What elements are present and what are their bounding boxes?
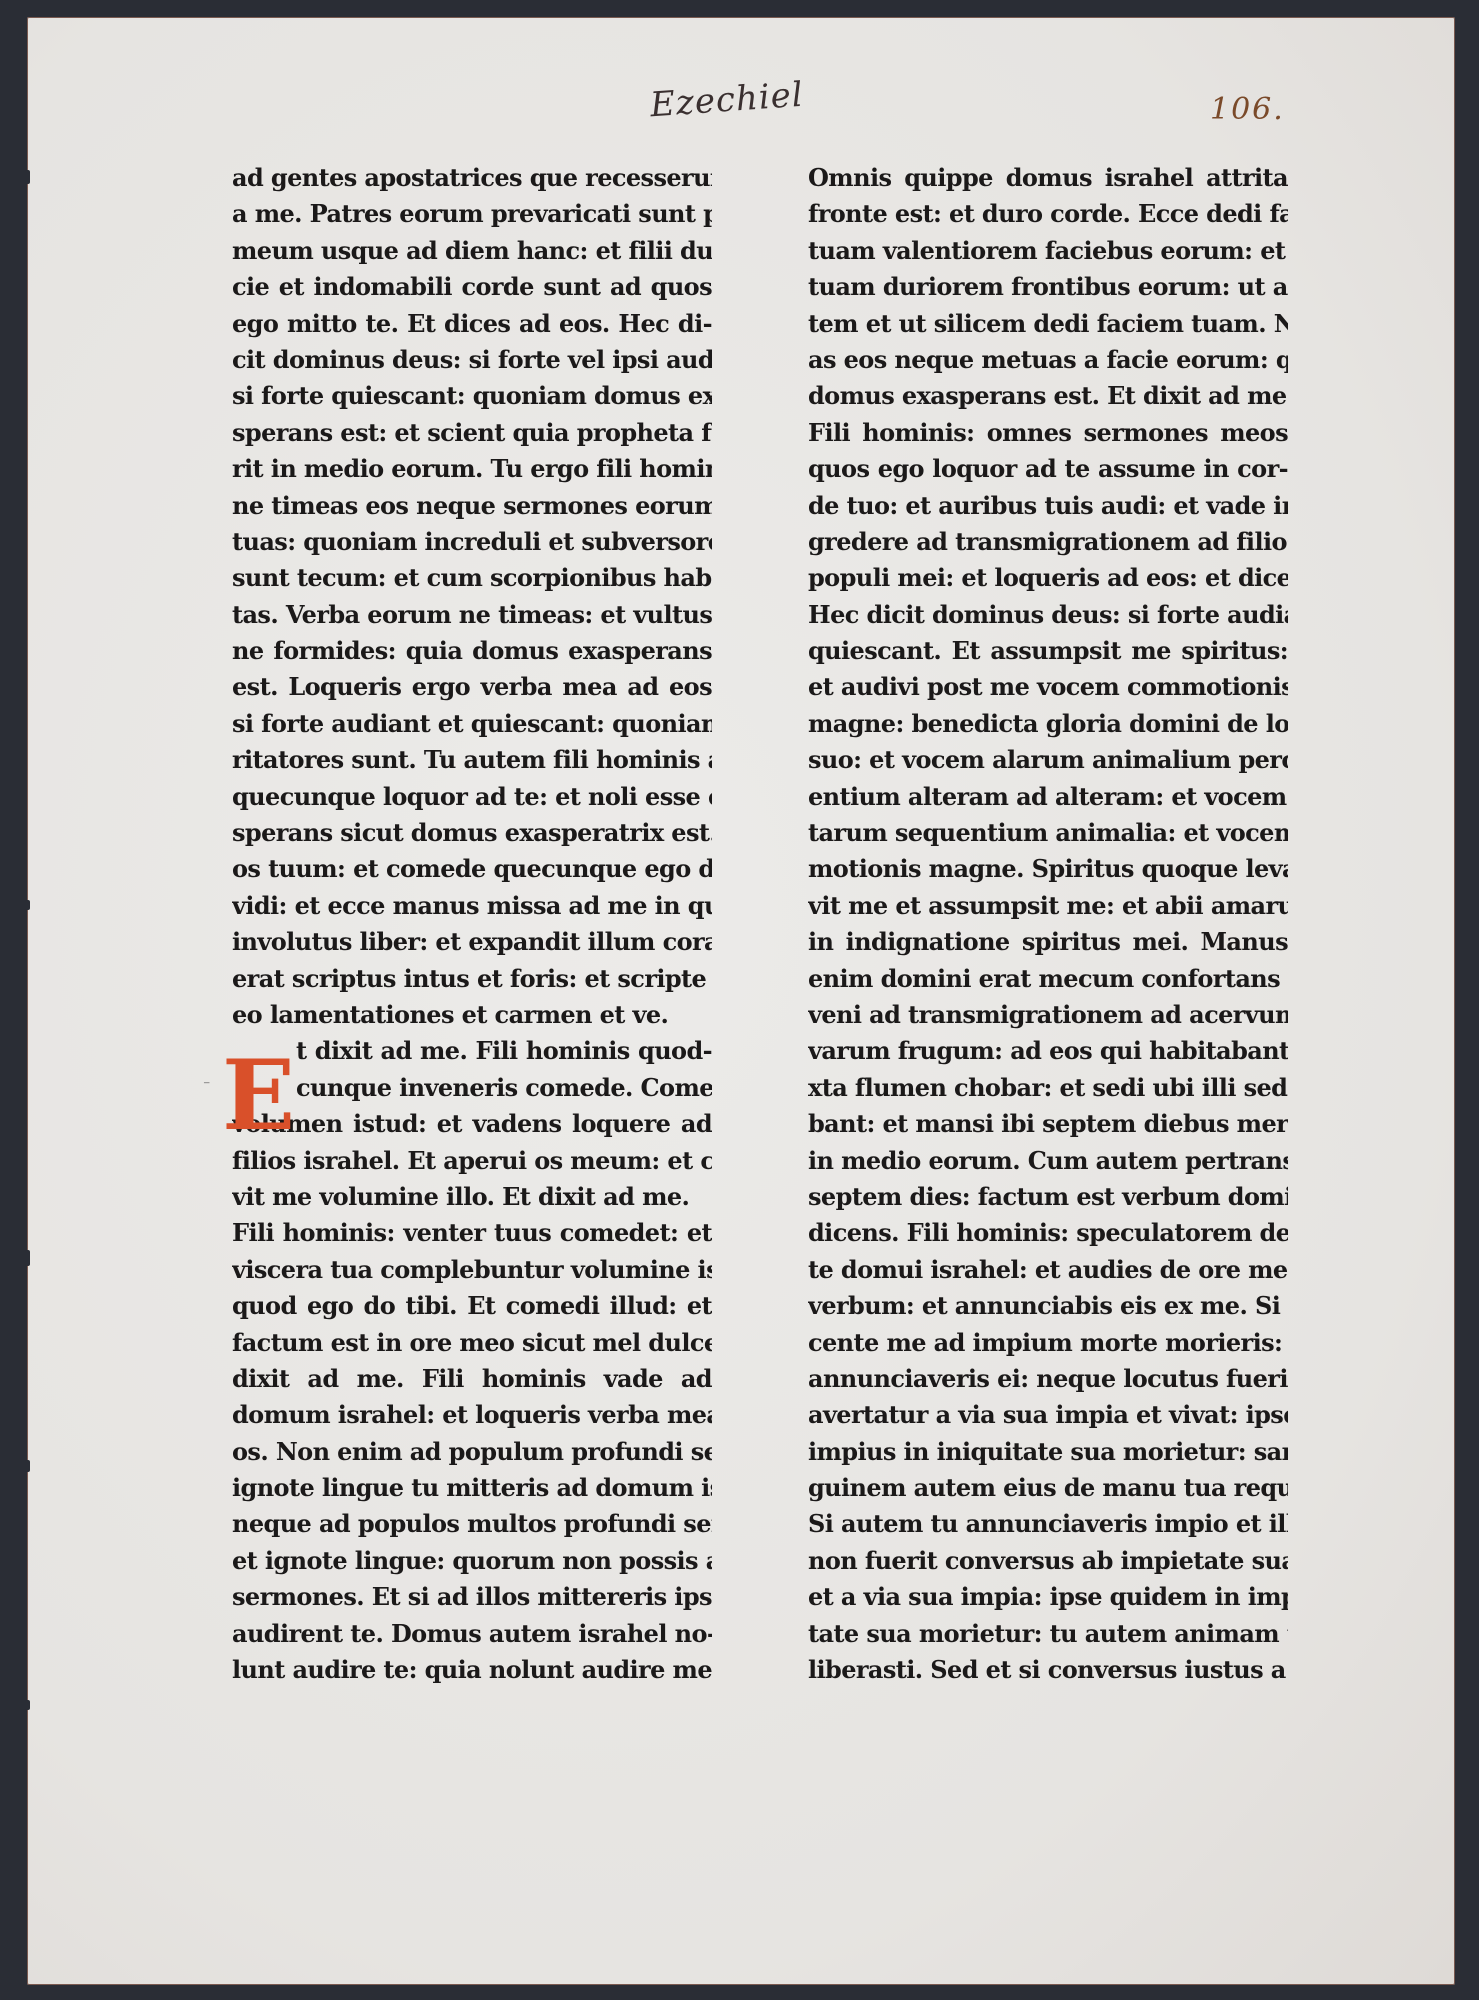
- text-line: in medio eorum. Cum autem pertransissent: [808, 1143, 1288, 1179]
- text-line: veni ad transmigrationem ad acervum no-: [808, 997, 1288, 1033]
- page-edge-damage: [25, 1250, 30, 1266]
- text-line: septem dies: factum est verbum domini ad…: [808, 1179, 1288, 1215]
- rubricated-initial: E: [222, 1048, 295, 1144]
- text-line: t dixit ad me. Fili hominis quod-: [232, 1033, 712, 1069]
- text-line: tarum sequentium animalia: et vocem com-: [808, 815, 1288, 851]
- text-line: ne timeas eos neque sermones eorum me-: [232, 488, 712, 524]
- text-line: domum israhel: et loqueris verba mea ad …: [232, 1397, 712, 1433]
- text-line: si forte audiant et quiescant: quoniam i…: [232, 706, 712, 742]
- text-line: quod ego do tibi. Et comedi illud: et: [232, 1288, 712, 1324]
- text-line: tas. Verba eorum ne timeas: et vultus eo…: [232, 597, 712, 633]
- text-line: sermones. Et si ad illos mittereris ipsi: [232, 1579, 712, 1615]
- text-line: xta flumen chobar: et sedi ubi illi sede…: [808, 1070, 1288, 1106]
- text-line: de tuo: et auribus tuis audi: et vade in…: [808, 488, 1288, 524]
- text-line: et ignote lingue: quorum non possis audi…: [232, 1543, 712, 1579]
- page-edge-damage: [25, 900, 30, 910]
- text-line: ego mitto te. Et dices ad eos. Hec di-: [232, 306, 712, 342]
- text-line: Si autem tu annunciaveris impio et ille: [808, 1506, 1288, 1542]
- text-line: quos ego loquor ad te assume in cor-: [808, 451, 1288, 487]
- text-line: quiescant. Et assumpsit me spiritus:: [808, 633, 1288, 669]
- text-line: te domui israhel: et audies de ore meo: [808, 1252, 1288, 1288]
- text-line: filios israhel. Et aperui os meum: et ci…: [232, 1143, 712, 1179]
- text-line: si forte quiescant: quoniam domus exa-: [232, 378, 712, 414]
- text-line: os tuum: et comede quecunque ego do tibi…: [232, 851, 712, 887]
- text-line: as eos neque metuas a facie eorum: quia: [808, 342, 1288, 378]
- marginal-mark: ⁻: [203, 1078, 210, 1094]
- text-line: verbum: et annunciabis eis ex me. Si di-: [808, 1288, 1288, 1324]
- text-line: Fili hominis: venter tuus comedet: et: [232, 1215, 712, 1251]
- text-line: entium alteram ad alteram: et vocem ro-: [808, 779, 1288, 815]
- text-line: vidi: et ecce manus missa ad me in qua e…: [232, 888, 712, 924]
- text-line: Hec dicit dominus deus: si forte audiant…: [808, 597, 1288, 633]
- text-line: avertatur a via sua impia et vivat: ipse: [808, 1397, 1288, 1433]
- text-line: erat scriptus intus et foris: et scripte…: [232, 961, 712, 997]
- text-line: involutus liber: et expandit illum coram…: [232, 924, 712, 960]
- text-line: gredere ad transmigrationem ad filios: [808, 524, 1288, 560]
- text-line: motionis magne. Spiritus quoque leva-: [808, 851, 1288, 887]
- text-line: liberasti. Sed et si conversus iustus a: [808, 1652, 1288, 1688]
- page-edge-damage: [25, 170, 30, 184]
- text-line: magne: benedicta gloria domini de loco: [808, 706, 1288, 742]
- text-line: neque ad populos multos profundi sermoni…: [232, 1506, 712, 1542]
- text-line: volumen istud: et vadens loquere ad: [232, 1106, 712, 1142]
- folio-number: 106.: [1210, 92, 1285, 127]
- text-line: et audivi post me vocem commotionis: [808, 669, 1288, 705]
- text-line: dicens. Fili hominis: speculatorem dedi: [808, 1215, 1288, 1251]
- text-line: non fuerit conversus ab impietate sua: [808, 1543, 1288, 1579]
- text-line: ne formides: quia domus exasperans: [232, 633, 712, 669]
- text-line: sperans est: et scient quia propheta fue…: [232, 415, 712, 451]
- right-text-column: Omnis quippe domus israhel attritafronte…: [808, 160, 1288, 1688]
- text-line: vit me et assumpsit me: et abii amarus: [808, 888, 1288, 924]
- text-line: ad gentes apostatrices que recesserunt: [232, 160, 712, 196]
- text-line: tuam duriorem frontibus eorum: ut adaman…: [808, 269, 1288, 305]
- text-line: Fili hominis: omnes sermones meos: [808, 415, 1288, 451]
- text-line: os. Non enim ad populum profundi sermoni…: [232, 1434, 712, 1470]
- text-line: varum frugum: ad eos qui habitabant iu-: [808, 1033, 1288, 1069]
- left-text-column: ad gentes apostatrices que recesserunta …: [232, 160, 712, 1688]
- text-line: ritatores sunt. Tu autem fili hominis au…: [232, 742, 712, 778]
- text-line: a me. Patres eorum prevaricati sunt pact…: [232, 196, 712, 232]
- text-line: rit in medio eorum. Tu ergo fili hominis: [232, 451, 712, 487]
- text-line: eo lamentationes et carmen et ve.: [232, 997, 712, 1033]
- text-line: sunt tecum: et cum scorpionibus habi-: [232, 560, 712, 596]
- text-line: tuam valentiorem faciebus eorum: et fron…: [808, 233, 1288, 269]
- text-line: domus exasperans est. Et dixit ad me.: [808, 378, 1288, 414]
- text-line: enim domini erat mecum confortans me. Et: [808, 961, 1288, 997]
- text-line: guinem autem eius de manu tua requiram.: [808, 1470, 1288, 1506]
- text-line: factum est in ore meo sicut mel dulce. E…: [232, 1325, 712, 1361]
- text-line: cente me ad impium morte morieris: non: [808, 1325, 1288, 1361]
- text-line: impius in iniquitate sua morietur: san-: [808, 1434, 1288, 1470]
- text-line: cit dominus deus: si forte vel ipsi audi…: [232, 342, 712, 378]
- text-line: suo: et vocem alarum animalium percuti-: [808, 742, 1288, 778]
- text-line: meum usque ad diem hanc: et filii dura f…: [232, 233, 712, 269]
- text-line: et a via sua impia: ipse quidem in impie…: [808, 1579, 1288, 1615]
- text-line: audirent te. Domus autem israhel no-: [232, 1616, 712, 1652]
- text-line: cunque inveneris comede. Comede: [232, 1070, 712, 1106]
- text-line: in indignatione spiritus mei. Manus: [808, 924, 1288, 960]
- text-line: quecunque loquor ad te: et noli esse exa…: [232, 779, 712, 815]
- page-edge-damage: [25, 1700, 30, 1710]
- text-line: cie et indomabili corde sunt ad quos: [232, 269, 712, 305]
- text-line: vit me volumine illo. Et dixit ad me.: [232, 1179, 712, 1215]
- text-line: dixit ad me. Fili hominis vade ad: [232, 1361, 712, 1397]
- text-line: tem et ut silicem dedi faciem tuam. Ne t…: [808, 306, 1288, 342]
- text-line: annunciaveris ei: neque locutus fueris u…: [808, 1361, 1288, 1397]
- text-line: sperans sicut domus exasperatrix est. Ap…: [232, 815, 712, 851]
- text-line: tuas: quoniam increduli et subversores: [232, 524, 712, 560]
- text-line: fronte est: et duro corde. Ecce dedi fac…: [808, 196, 1288, 232]
- text-line: populi mei: et loqueris ad eos: et dices…: [808, 560, 1288, 596]
- text-line: lunt audire te: quia nolunt audire me.: [232, 1652, 712, 1688]
- text-line: Omnis quippe domus israhel attrita: [808, 160, 1288, 196]
- text-line: viscera tua complebuntur volumine isto: [232, 1252, 712, 1288]
- text-line: est. Loqueris ergo verba mea ad eos: [232, 669, 712, 705]
- text-line: bant: et mansi ibi septem diebus merens: [808, 1106, 1288, 1142]
- text-line: tate sua morietur: tu autem animam tuam: [808, 1616, 1288, 1652]
- text-line: ignote lingue tu mitteris ad domum israh…: [232, 1470, 712, 1506]
- page-edge-damage: [25, 1460, 30, 1472]
